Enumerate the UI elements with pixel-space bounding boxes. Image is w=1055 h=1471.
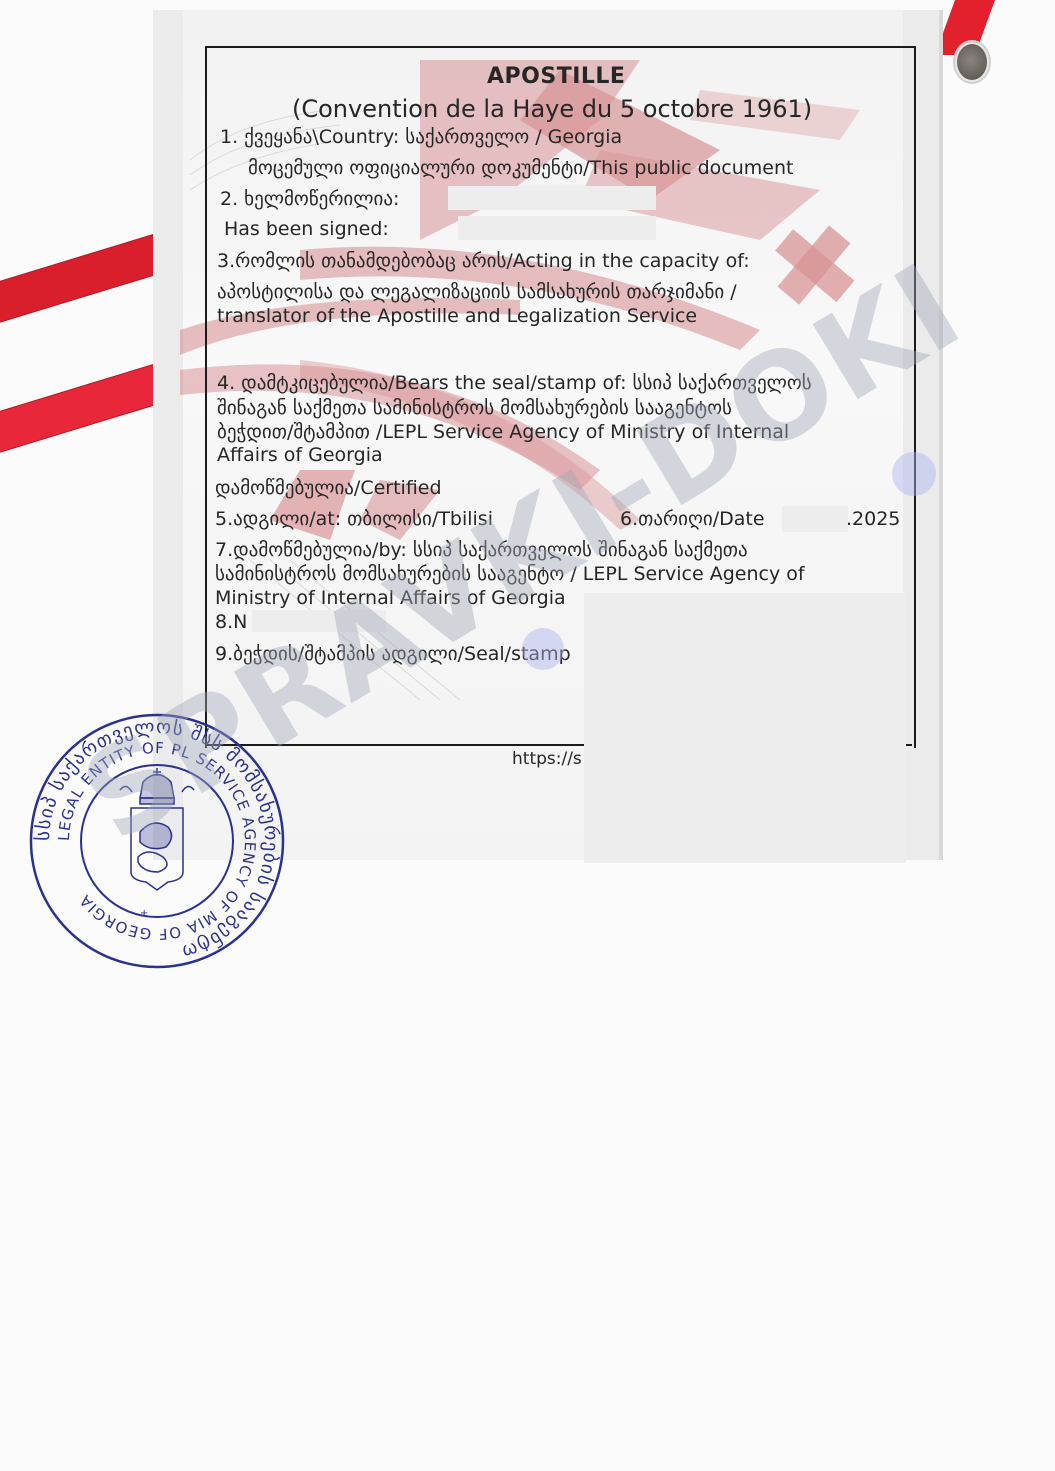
field-signed-en: Has been signed: <box>224 218 389 240</box>
svg-text:+: + <box>140 908 148 919</box>
field-capacity-en: translator of the Apostille and Legaliza… <box>217 305 697 327</box>
field-public-document: მოცემული ოფიციალური დოკუმენტი/This publi… <box>248 157 793 179</box>
field-seal-line4: Affairs of Georgia <box>217 444 383 466</box>
verification-url: https://s <box>512 748 582 770</box>
watermark-dot <box>522 628 564 670</box>
field-date-year: .2025 <box>846 508 900 530</box>
redacted-date <box>782 506 848 532</box>
field-capacity-label: 3.რომლის თანამდებობაც არის/Acting in the… <box>217 250 750 272</box>
document-title: APOSTILLE <box>487 66 625 88</box>
watermark-dot <box>892 452 936 496</box>
redacted-qr-code-area <box>584 593 906 863</box>
field-country: 1. ქვეყანა\Country: საქართველო / Georgia <box>220 126 622 148</box>
redacted-signer-name <box>448 186 656 210</box>
field-signed-ka: 2. ხელმოწერილია: <box>220 188 399 210</box>
field-number-label: 8.N <box>215 611 247 633</box>
document-subtitle: (Convention de la Haye du 5 octobre 1961… <box>292 98 812 120</box>
field-capacity-ka: აპოსტილისა და ლეგალიზაციის სამსახურის თა… <box>217 281 737 303</box>
redacted-signer-name-en <box>458 216 656 240</box>
field-certified: დამოწმებულია/Certified <box>215 477 442 499</box>
